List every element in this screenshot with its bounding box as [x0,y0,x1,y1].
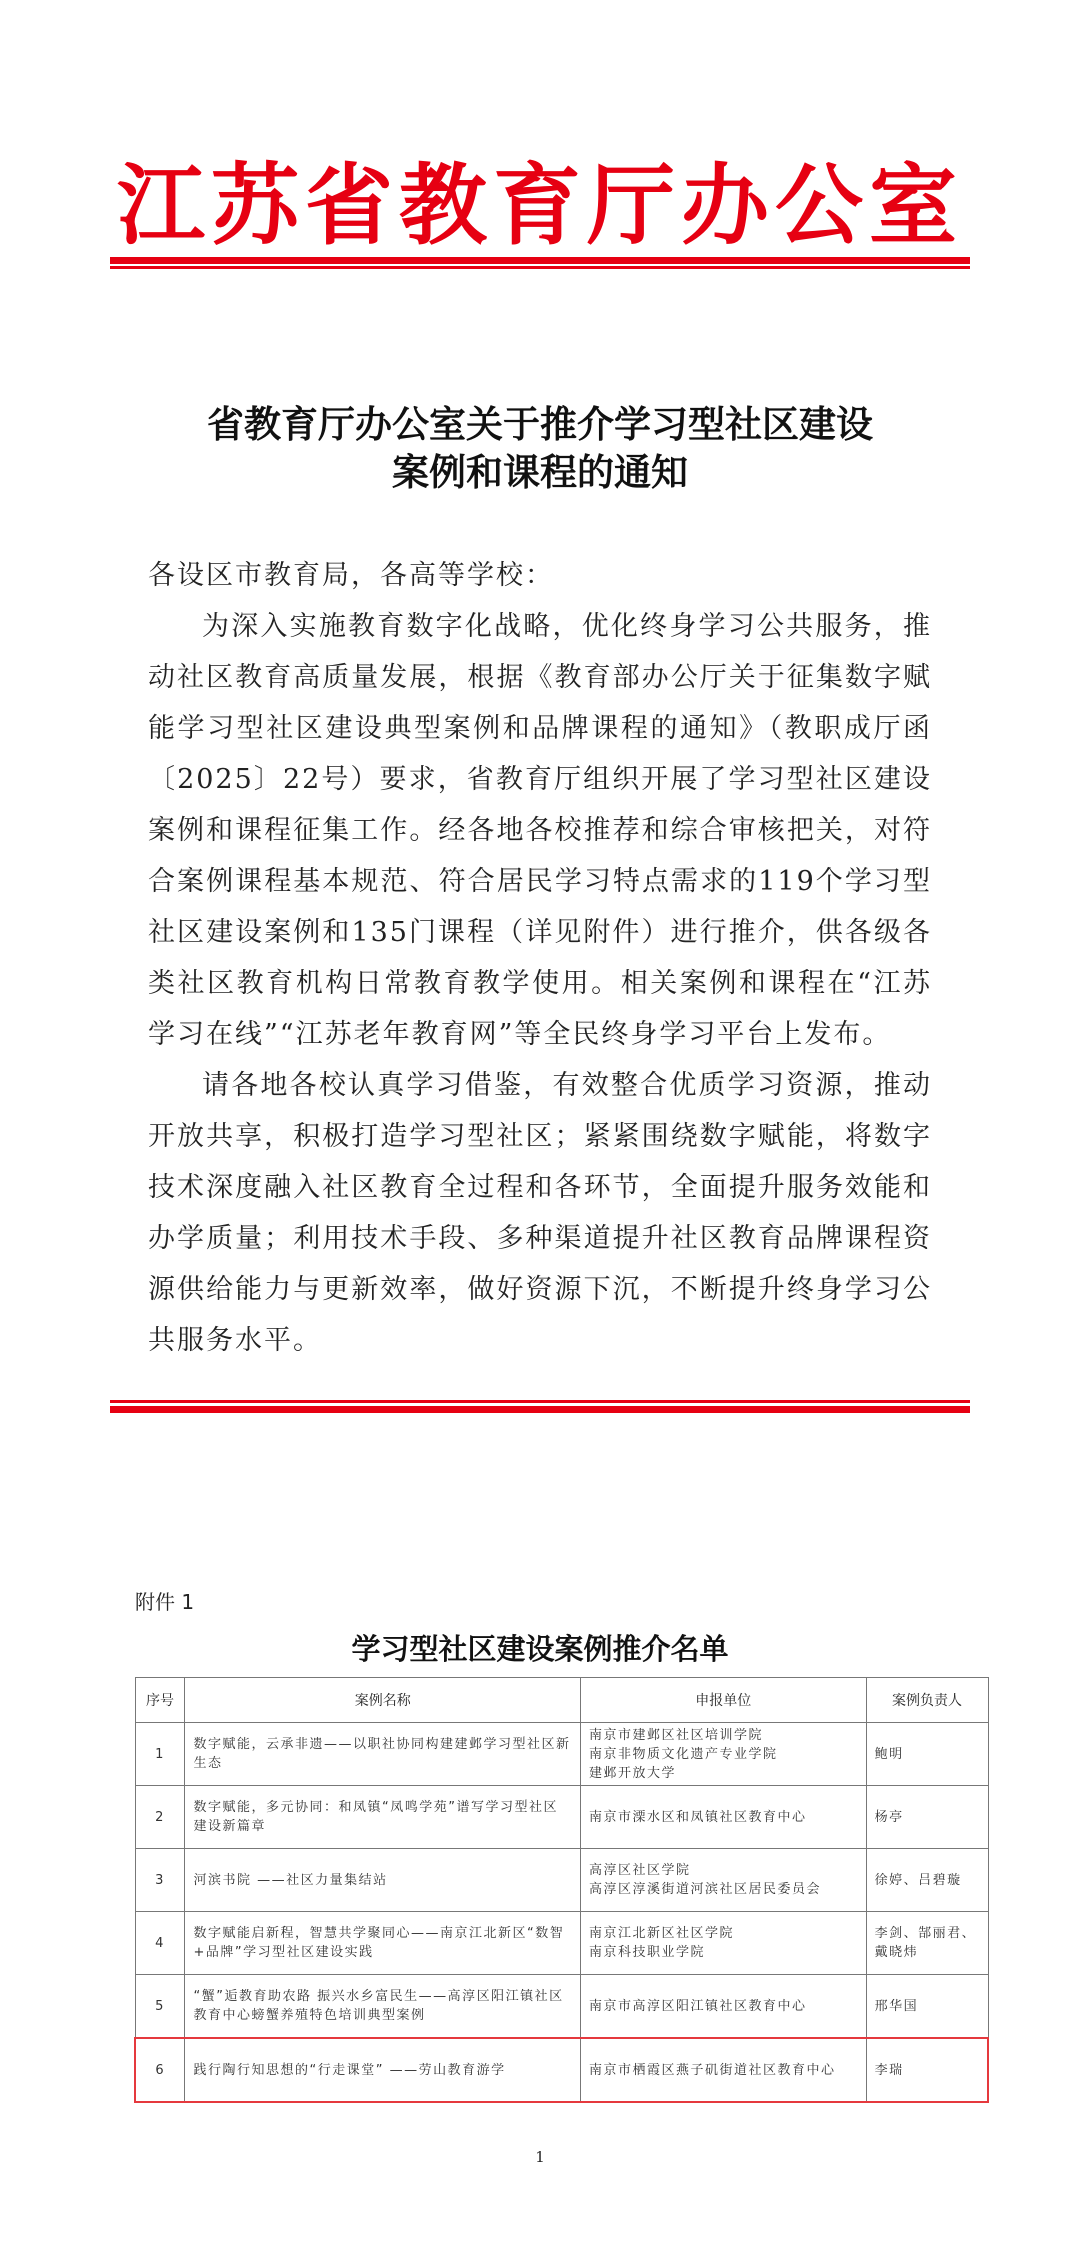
case-lead: 李剑、郜丽君、戴晓炜 [866,1912,988,1975]
table-header-row: 序号 案例名称 申报单位 案例负责人 [135,1678,988,1723]
cases-table: 序号 案例名称 申报单位 案例负责人 1 数字赋能，云承非遗——以职社协同构建建… [134,1677,989,2103]
unit-cell: 南京市高淳区阳江镇社区教育中心 [580,1975,866,2039]
column-header-number: 序号 [135,1678,185,1723]
unit-name: 南京市建邺区社区培训学院 [589,1726,858,1745]
unit-cell: 南京市溧水区和凤镇社区教育中心 [580,1786,866,1849]
masthead-title: 江苏省教育厅办公室 [0,150,1080,260]
separator-rule-thick [110,1406,970,1413]
table-row: 5 “蟹”逅教育助农路 振兴水乡富民生——高淳区阳江镇社区教育中心螃蟹养殖特色培… [135,1975,988,2039]
unit-cell: 南京江北新区社区学院 南京科技职业学院 [580,1912,866,1975]
case-lead: 杨亭 [866,1786,988,1849]
case-lead: 鲍明 [866,1723,988,1786]
case-name: “蟹”逅教育助农路 振兴水乡富民生——高淳区阳江镇社区教育中心螃蟹养殖特色培训典… [185,1975,581,2039]
table-row: 2 数字赋能，多元协同：和凤镇“凤鸣学苑”谱写学习型社区建设新篇章 南京市溧水区… [135,1786,988,1849]
masthead-rule-thick [110,257,970,264]
case-name: 河滨书院 ——社区力量集结站 [185,1849,581,1912]
unit-cell: 高淳区社区学院 高淳区淳溪街道河滨社区居民委员会 [580,1849,866,1912]
case-lead: 邢华国 [866,1975,988,2039]
unit-name: 南京市高淳区阳江镇社区教育中心 [589,1997,858,2016]
row-number: 1 [135,1723,185,1786]
row-number: 2 [135,1786,185,1849]
table-row: 4 数字赋能启新程，智慧共学聚同心——南京江北新区“数智+品牌”学习型社区建设实… [135,1912,988,1975]
attachment-label: 附件 1 [135,1586,194,1615]
salutation: 各设区市教育局，各高等学校： [148,550,932,601]
column-header-lead: 案例负责人 [866,1678,988,1723]
paragraph-2: 请各地各校认真学习借鉴，有效整合优质学习资源，推动开放共享，积极打造学习型社区；… [148,1060,932,1366]
table-row: 3 河滨书院 ——社区力量集结站 高淳区社区学院 高淳区淳溪街道河滨社区居民委员… [135,1849,988,1912]
separator-rule-thin [110,1400,970,1403]
table-row: 1 数字赋能，云承非遗——以职社协同构建建邺学习型社区新生态 南京市建邺区社区培… [135,1723,988,1786]
column-header-case-name: 案例名称 [185,1678,581,1723]
case-lead: 李瑞 [866,2038,988,2102]
case-lead: 徐婷、吕碧璇 [866,1849,988,1912]
case-name: 数字赋能，多元协同：和凤镇“凤鸣学苑”谱写学习型社区建设新篇章 [185,1786,581,1849]
notice-title-line2: 案例和课程的通知 [0,444,1080,500]
unit-name: 南京科技职业学院 [589,1943,858,1962]
case-name: 数字赋能，云承非遗——以职社协同构建建邺学习型社区新生态 [185,1723,581,1786]
table-row-highlighted: 6 践行陶行知思想的“行走课堂” ——劳山教育游学 南京市栖霞区燕子矶街道社区教… [135,2038,988,2102]
unit-name: 南京市溧水区和凤镇社区教育中心 [589,1808,858,1827]
page-number: 1 [0,2148,1080,2166]
case-name: 数字赋能启新程，智慧共学聚同心——南京江北新区“数智+品牌”学习型社区建设实践 [185,1912,581,1975]
unit-cell: 南京市栖霞区燕子矶街道社区教育中心 [580,2038,866,2102]
unit-name: 南京非物质文化遗产专业学院 [589,1745,858,1764]
unit-name: 南京江北新区社区学院 [589,1924,858,1943]
row-number: 3 [135,1849,185,1912]
unit-name: 南京市栖霞区燕子矶街道社区教育中心 [589,2061,858,2080]
masthead-rule-thin [110,266,970,269]
paragraph-1: 为深入实施教育数字化战略，优化终身学习公共服务，推动社区教育高质量发展，根据《教… [148,601,932,1060]
unit-name: 建邺开放大学 [589,1764,858,1783]
table-title: 学习型社区建设案例推介名单 [0,1627,1080,1668]
row-number: 6 [135,2038,185,2102]
row-number: 5 [135,1975,185,2039]
row-number: 4 [135,1912,185,1975]
unit-name: 高淳区淳溪街道河滨社区居民委员会 [589,1880,858,1899]
unit-cell: 南京市建邺区社区培训学院 南京非物质文化遗产专业学院 建邺开放大学 [580,1723,866,1786]
case-name: 践行陶行知思想的“行走课堂” ——劳山教育游学 [185,2038,581,2102]
notice-body: 各设区市教育局，各高等学校： 为深入实施教育数字化战略，优化终身学习公共服务，推… [148,550,932,1366]
column-header-unit: 申报单位 [580,1678,866,1723]
unit-name: 高淳区社区学院 [589,1861,858,1880]
